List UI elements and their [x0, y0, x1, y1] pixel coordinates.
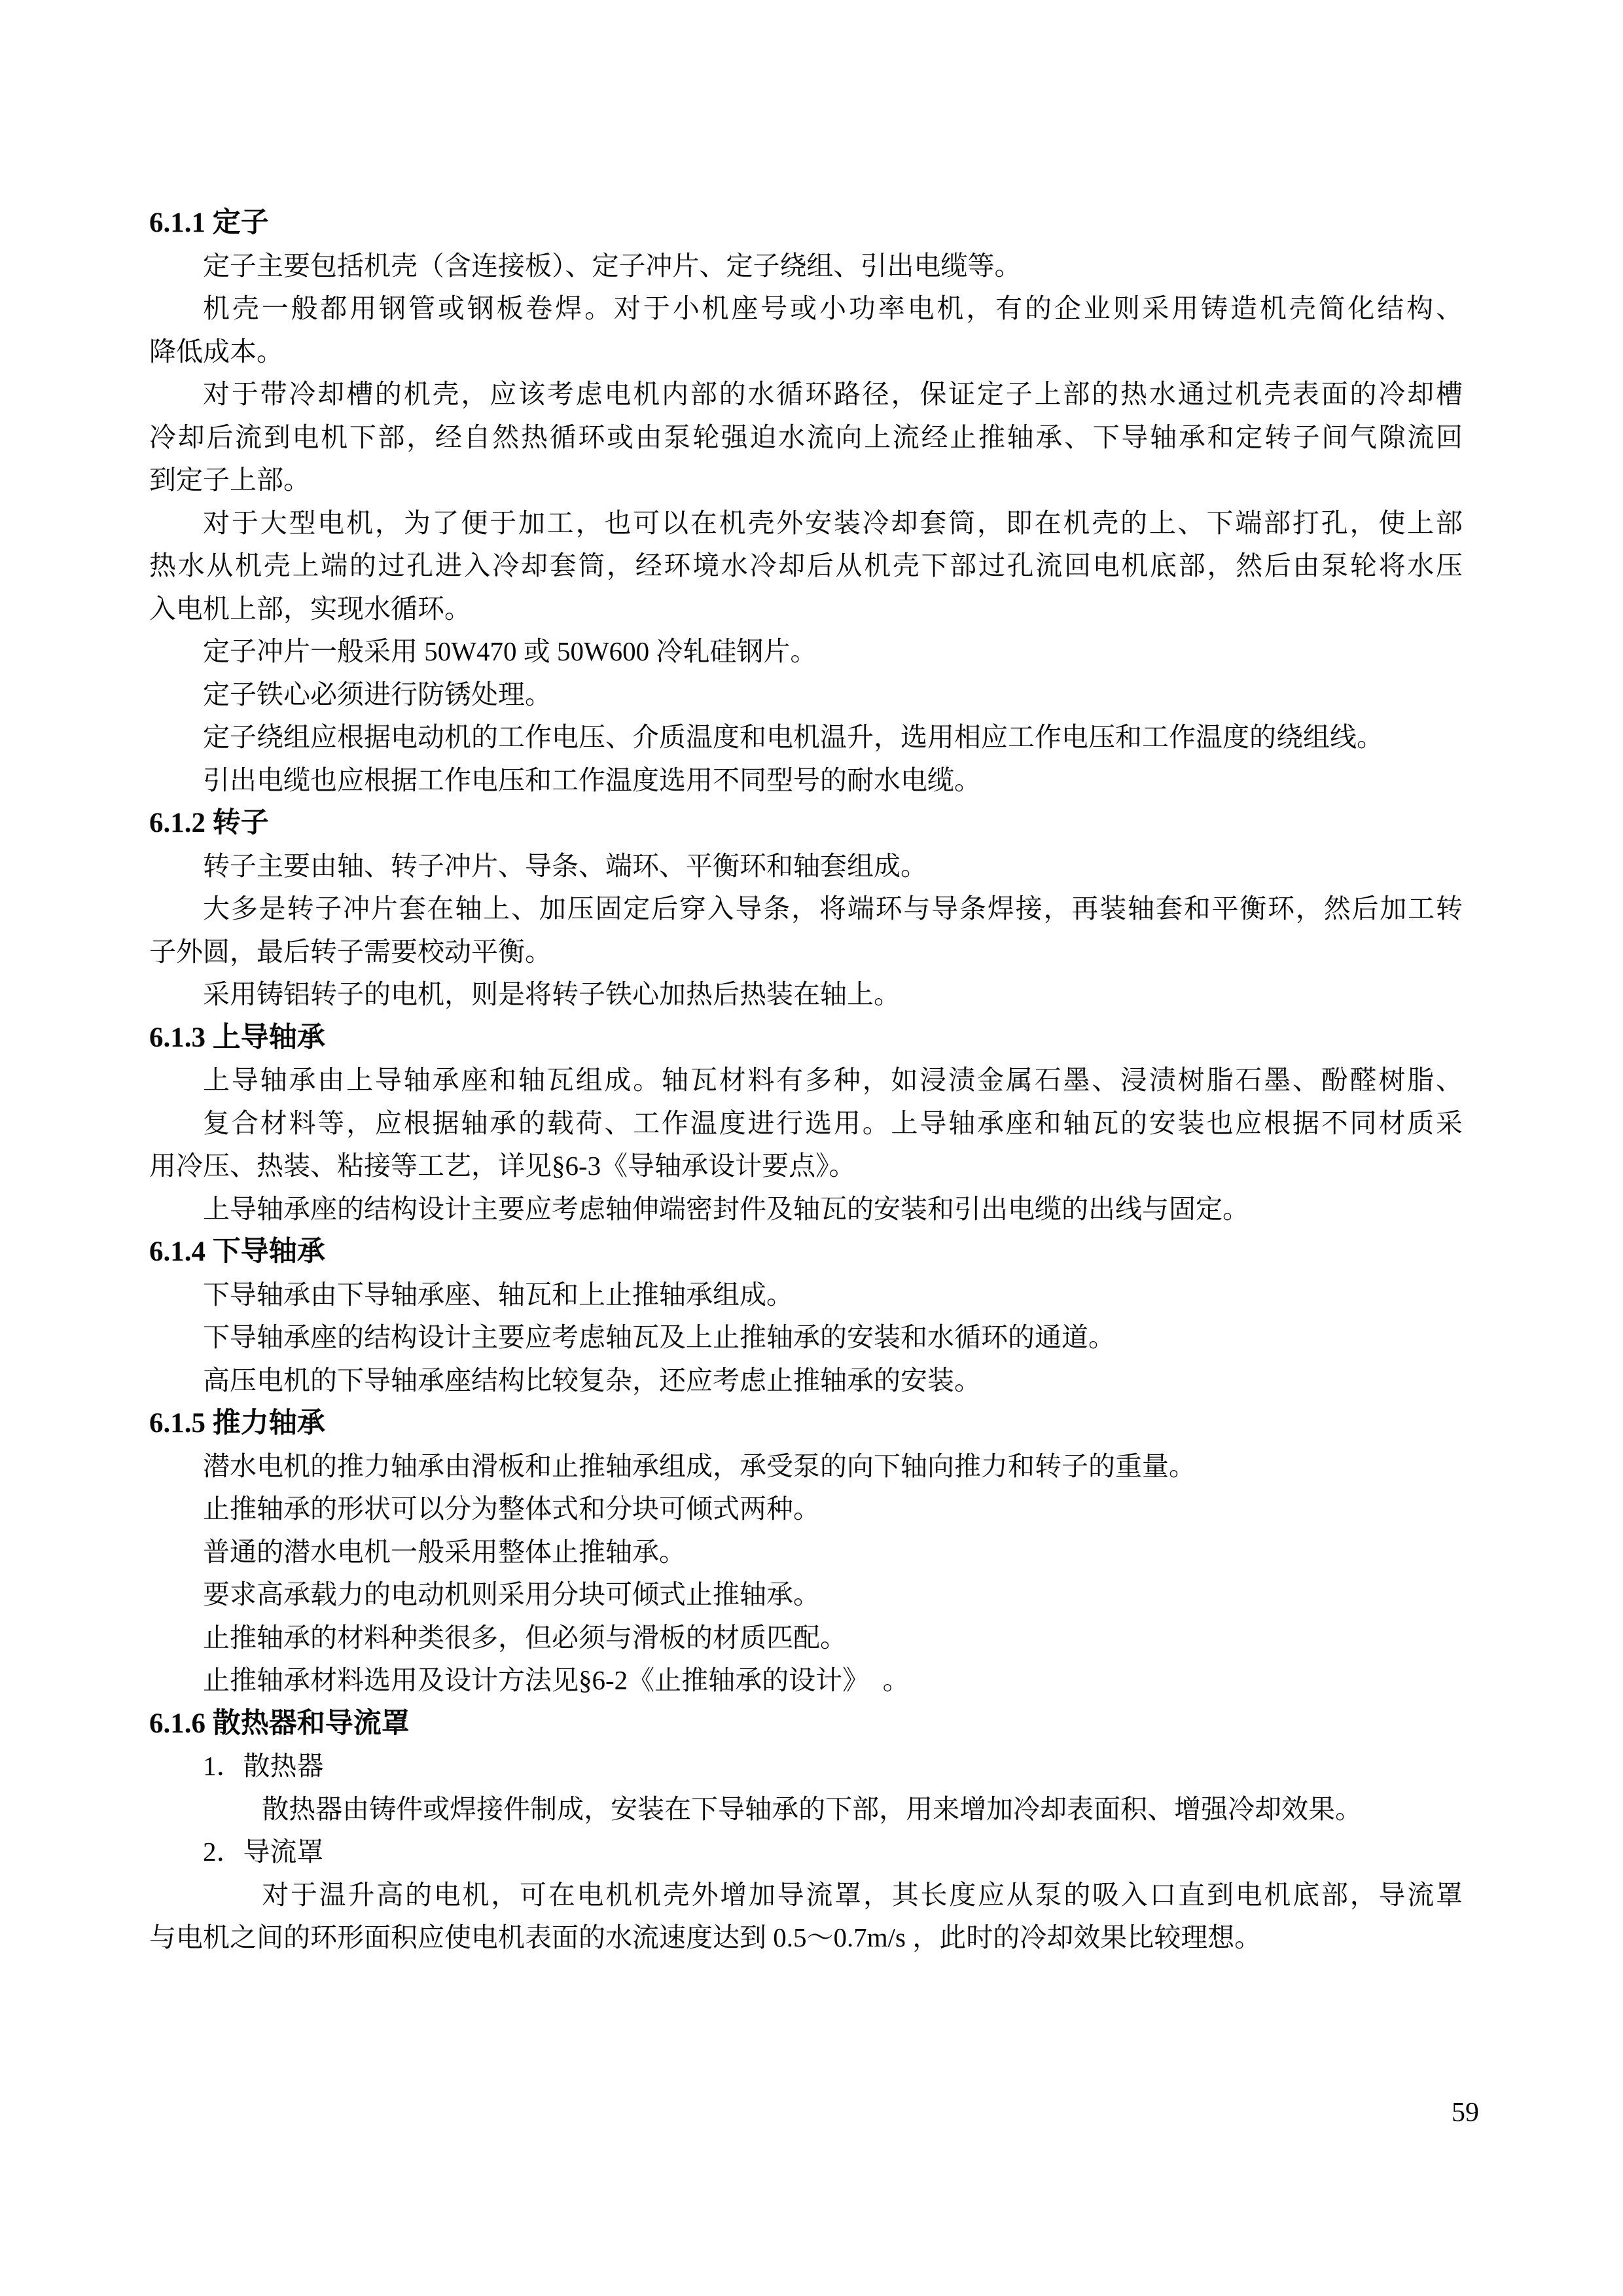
document-content: 6.1.1 定子定子主要包括机壳（含连接板）、定子冲片、定子绕组、引出电缆等。机…	[149, 202, 1463, 1960]
text-line: 对于大型电机，为了便于加工，也可以在机壳外安装冷却套筒，即在机壳的上、下端部打孔…	[149, 502, 1463, 545]
text-line: 热水从机壳上端的过孔进入冷却套筒，经环境水冷却后从机壳下部过孔流回电机底部，然后…	[149, 545, 1463, 588]
text-line: 定子主要包括机壳（含连接板）、定子冲片、定子绕组、引出电缆等。	[149, 245, 1463, 288]
text-line: 止推轴承材料选用及设计方法见§6-2《止推轴承的设计》 。	[149, 1659, 1463, 1702]
text-line: 到定子上部。	[149, 459, 1463, 502]
text-line: 1．散热器	[149, 1745, 1463, 1788]
text-line: 降低成本。	[149, 331, 1463, 374]
text-line: 上导轴承座的结构设计主要应考虑轴伸端密封件及轴瓦的安装和引出电缆的出线与固定。	[149, 1188, 1463, 1231]
text-line: 引出电缆也应根据工作电压和工作温度选用不同型号的耐水电缆。	[149, 759, 1463, 802]
section-heading: 6.1.4 下导轴承	[149, 1230, 1463, 1274]
text-line: 子外圆，最后转子需要校动平衡。	[149, 931, 1463, 974]
text-line: 采用铸铝转子的电机，则是将转子铁心加热后热装在轴上。	[149, 973, 1463, 1016]
text-line: 潜水电机的推力轴承由滑板和止推轴承组成，承受泵的向下轴向推力和转子的重量。	[149, 1445, 1463, 1488]
text-line: 定子绕组应根据电动机的工作电压、介质温度和电机温升，选用相应工作电压和工作温度的…	[149, 716, 1463, 759]
text-line: 要求高承载力的电动机则采用分块可倾式止推轴承。	[149, 1573, 1463, 1617]
text-line: 下导轴承由下导轴承座、轴瓦和上止推轴承组成。	[149, 1274, 1463, 1317]
text-line: 上导轴承由上导轴承座和轴瓦组成。轴瓦材料有多种，如浸渍金属石墨、浸渍树脂石墨、酚…	[149, 1059, 1463, 1102]
text-line: 散热器由铸件或焊接件制成，安装在下导轴承的下部，用来增加冷却表面积、增强冷却效果…	[149, 1788, 1463, 1831]
section-heading: 6.1.6 散热器和导流罩	[149, 1702, 1463, 1746]
text-line: 对于温升高的电机，可在电机机壳外增加导流罩，其长度应从泵的吸入口直到电机底部，导…	[149, 1874, 1463, 1917]
section-heading: 6.1.1 定子	[149, 202, 1463, 245]
text-line: 2．导流罩	[149, 1831, 1463, 1874]
text-line: 冷却后流到电机下部，经自然热循环或由泵轮强迫水流向上流经止推轴承、下导轴承和定转…	[149, 416, 1463, 459]
text-line: 高压电机的下导轴承座结构比较复杂，还应考虑止推轴承的安装。	[149, 1359, 1463, 1403]
page-number: 59	[1452, 2096, 1479, 2129]
text-line: 普通的潜水电机一般采用整体止推轴承。	[149, 1531, 1463, 1574]
text-line: 大多是转子冲片套在轴上、加压固定后穿入导条，将端环与导条焊接，再装轴套和平衡环，…	[149, 888, 1463, 931]
text-line: 用冷压、热装、粘接等工艺，详见§6-3《导轴承设计要点》。	[149, 1145, 1463, 1188]
document-page: 6.1.1 定子定子主要包括机壳（含连接板）、定子冲片、定子绕组、引出电缆等。机…	[0, 0, 1623, 2296]
text-line: 对于带冷却槽的机壳，应该考虑电机内部的水循环路径，保证定子上部的热水通过机壳表面…	[149, 373, 1463, 416]
text-line: 定子铁心必须进行防锈处理。	[149, 673, 1463, 717]
text-line: 定子冲片一般采用 50W470 或 50W600 冷轧硅钢片。	[149, 630, 1463, 673]
text-line: 与电机之间的环形面积应使电机表面的水流速度达到 0.5～0.7m/s ，此时的冷…	[149, 1916, 1463, 1960]
text-line: 转子主要由轴、转子冲片、导条、端环、平衡环和轴套组成。	[149, 845, 1463, 888]
text-line: 止推轴承的材料种类很多，但必须与滑板的材质匹配。	[149, 1617, 1463, 1660]
text-line: 下导轴承座的结构设计主要应考虑轴瓦及上止推轴承的安装和水循环的通道。	[149, 1316, 1463, 1359]
text-line: 入电机上部，实现水循环。	[149, 588, 1463, 631]
section-heading: 6.1.5 推力轴承	[149, 1402, 1463, 1445]
section-heading: 6.1.2 转子	[149, 802, 1463, 845]
section-heading: 6.1.3 上导轴承	[149, 1016, 1463, 1060]
text-line: 止推轴承的形状可以分为整体式和分块可倾式两种。	[149, 1488, 1463, 1531]
text-line: 复合材料等，应根据轴承的载荷、工作温度进行选用。上导轴承座和轴瓦的安装也应根据不…	[149, 1102, 1463, 1145]
text-line: 机壳一般都用钢管或钢板卷焊。对于小机座号或小功率电机，有的企业则采用铸造机壳简化…	[149, 287, 1463, 331]
